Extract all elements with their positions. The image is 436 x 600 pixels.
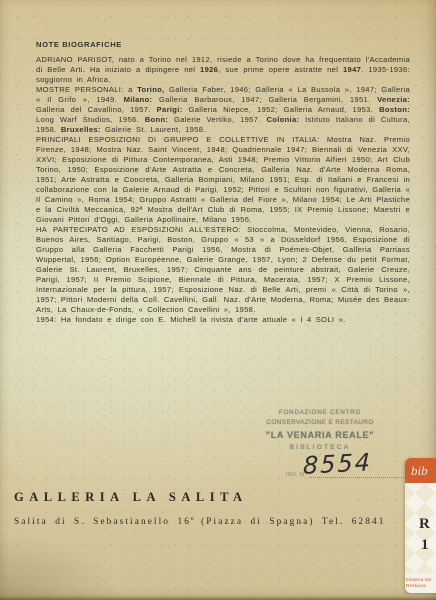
section-title: NOTE BIOGRAFICHE bbox=[36, 40, 410, 49]
bio-paragraph: ADRIANO PARISOT, nato a Torino nel 1912,… bbox=[36, 55, 410, 85]
bio-paragraph: HA PARTECIPATO AD ESPOSIZIONI ALL'ESTERO… bbox=[36, 225, 410, 315]
spine-label-band: bib bbox=[405, 458, 436, 483]
scanned-page: NOTE BIOGRAFICHE ADRIANO PARISOT, nato a… bbox=[0, 0, 436, 600]
biography-text: ADRIANO PARISOT, nato a Torino nel 1912,… bbox=[36, 55, 410, 325]
bio-paragraph: PRINCIPALI ESPOSIZIONI DI GRUPPO E COLLE… bbox=[36, 135, 410, 225]
spine-footer-line: blioteca del bbox=[406, 577, 436, 582]
inventory-number-handwritten: 8554 bbox=[303, 448, 372, 480]
address-tail: (Piazza di Spagna) Tel. 62841 bbox=[194, 517, 386, 527]
stamp-line: "LA VENARIA REALE" bbox=[248, 430, 392, 440]
stamp-line: FONDAZIONE CENTRO bbox=[248, 409, 392, 416]
stamp-line: CONSERVAZIONE E RESTAURO bbox=[248, 419, 392, 426]
library-spine-label: bib R 1 blioteca del Restauro bbox=[405, 458, 436, 593]
call-number: 1 bbox=[421, 537, 429, 554]
spine-label-footer: blioteca del Restauro bbox=[406, 577, 436, 588]
gallery-address: Salita di S. Sebastianello 16e (Piazza d… bbox=[14, 516, 385, 527]
spine-footer-line: Restauro bbox=[406, 583, 436, 588]
gallery-name: GALLERIA LA SALITA bbox=[14, 490, 248, 505]
biography-section: NOTE BIOGRAFICHE ADRIANO PARISOT, nato a… bbox=[36, 40, 410, 325]
library-stamp: FONDAZIONE CENTRO CONSERVAZIONE E RESTAU… bbox=[248, 409, 392, 451]
call-letter: R bbox=[419, 516, 430, 533]
bio-paragraph: MOSTRE PERSONALI: a Torino, Galleria Fab… bbox=[36, 85, 410, 135]
bio-paragraph: 1954: Ha fondato e dirige con E. Michell… bbox=[36, 315, 410, 325]
address-text: Salita di S. Sebastianello 16 bbox=[14, 517, 191, 527]
paper-bottom-edge bbox=[0, 596, 436, 600]
